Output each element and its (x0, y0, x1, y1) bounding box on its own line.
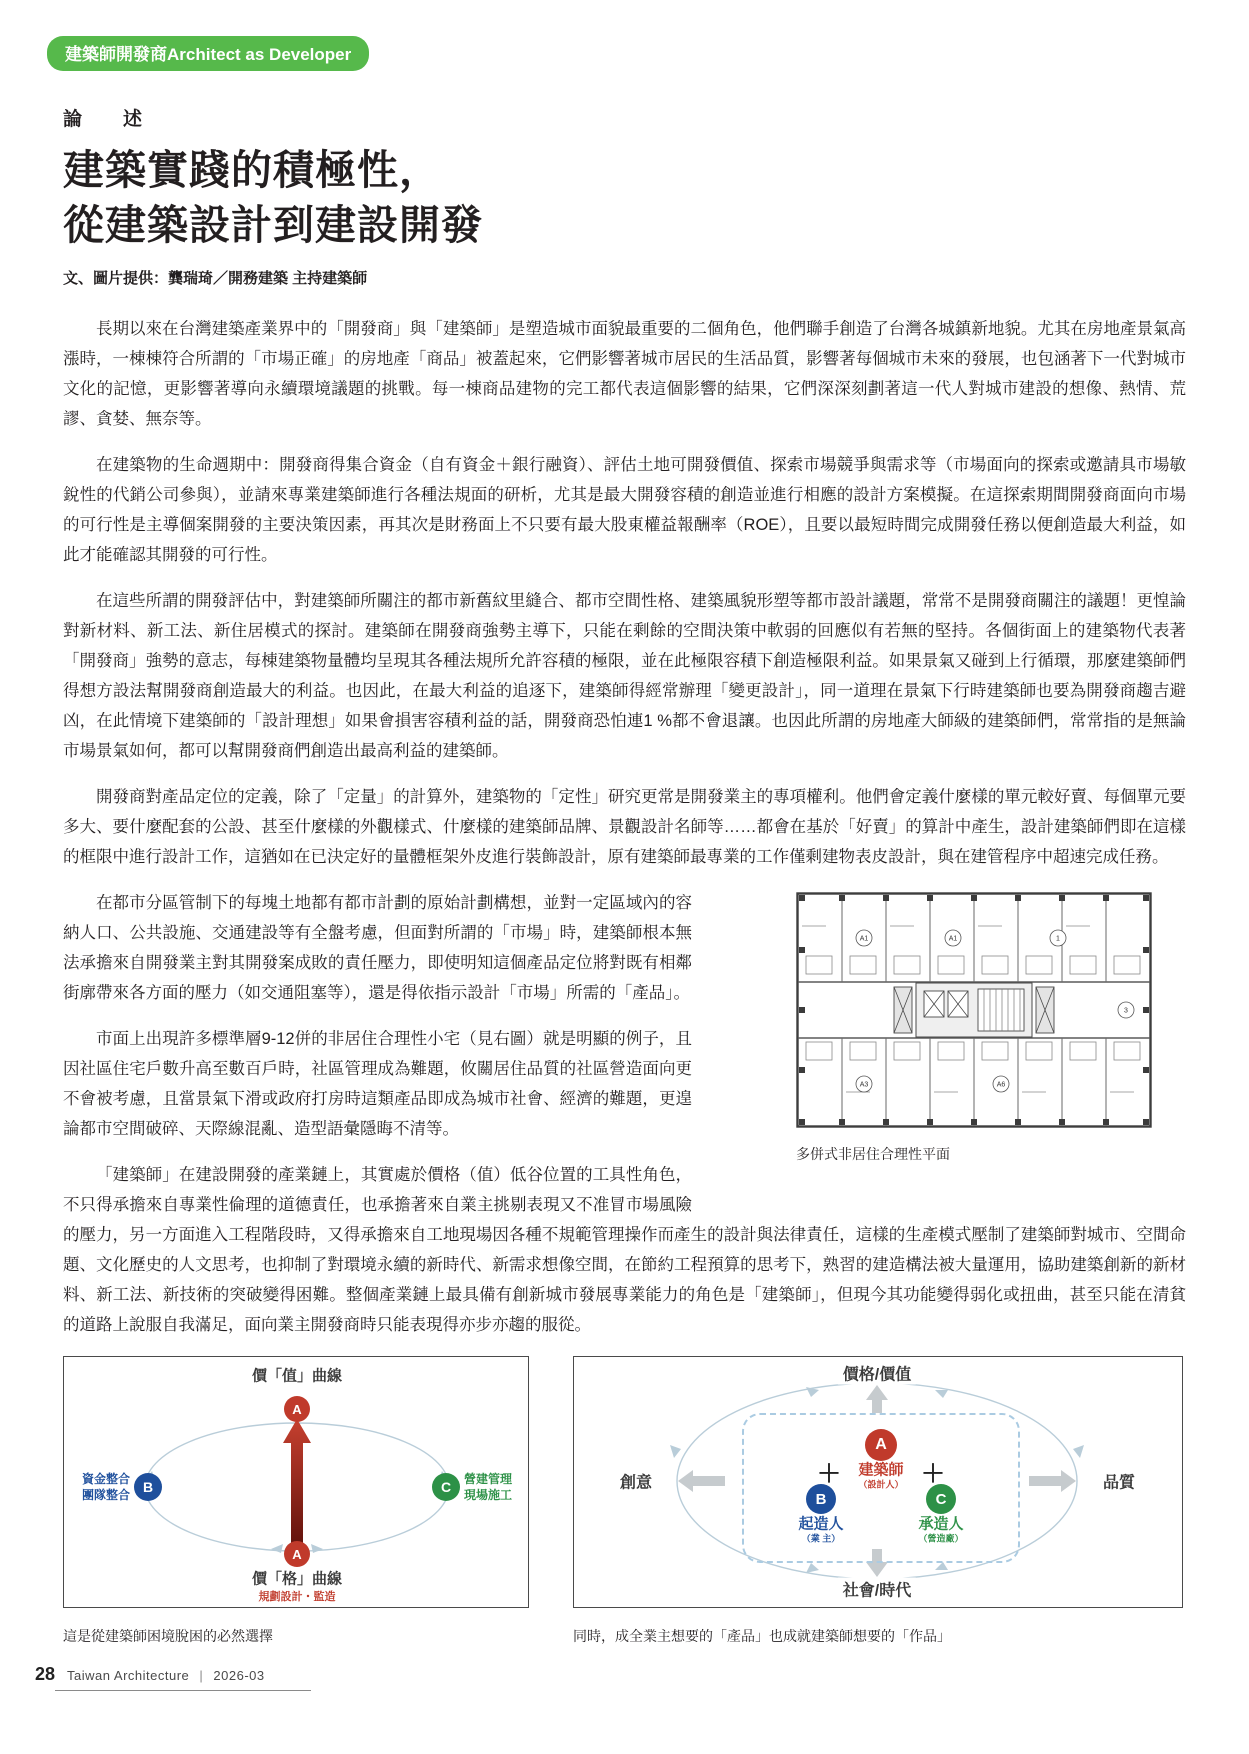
owner-node-name: 起造人 (798, 1513, 843, 1534)
abc-relationship-diagram: 價格/價值 社會/時代 創意 品質 A 建築師 （設計人） ＋ ＋ B 起造人 … (573, 1356, 1183, 1608)
category-badge: 建築師開發商Architect as Developer (47, 36, 369, 71)
node-a-top-circle: A (284, 1396, 310, 1422)
architect-node-name: 建築師 (858, 1459, 903, 1480)
price-value-axis-label: 價格/價值 (838, 1362, 916, 1385)
footer-meta: Taiwan Architecture | 2026-03 (67, 1668, 265, 1683)
architect-node-sub: （設計人） (858, 1478, 903, 1491)
node-b-label: 資金整合 團隊整合 (70, 1471, 130, 1503)
node-c-label: 營建管理 現場施工 (464, 1471, 512, 1503)
society-era-axis-label: 社會/時代 (838, 1578, 916, 1601)
issue-date: 2026-03 (213, 1668, 264, 1683)
plan-unit-label: A1 (949, 936, 958, 943)
quality-axis-label: 品質 (1098, 1470, 1140, 1493)
creativity-axis-label: 創意 (615, 1470, 657, 1493)
floor-plan-image: A1 A1 1 A3 A6 3 (796, 892, 1152, 1128)
title-line-2: 從建築設計到建設開發 (63, 198, 1186, 253)
price-curve-label: 價「格」曲線 (247, 1568, 347, 1589)
architect-node-circle: A (865, 1429, 897, 1461)
node-c-circle: C (432, 1473, 460, 1501)
magazine-name: Taiwan Architecture (67, 1668, 189, 1683)
page-number: 28 (35, 1664, 55, 1685)
contractor-node-sub: （營造廠） (918, 1532, 963, 1545)
floor-plan-caption: 多併式非居住合理性平面 (796, 1144, 1186, 1164)
footer-separator: | (199, 1668, 203, 1683)
section-label: 論 述 (63, 104, 1186, 131)
owner-node-sub: （業 主） (802, 1532, 841, 1545)
plan-unit-label: 3 (1124, 1008, 1128, 1015)
paragraph-2: 在建築物的生命週期中：開發商得集合資金（自有資金＋銀行融資）、評估土地可開發價值… (63, 450, 1186, 570)
paragraph-3: 在這些所謂的開發評估中，對建築師所關注的都市新舊紋里縫合、都市空間性格、建築風貌… (63, 586, 1186, 766)
byline: 文、圖片提供：龔瑞琦／開務建築 主持建築師 (63, 267, 1186, 288)
paragraph-1: 長期以來在台灣建築產業界中的「開發商」與「建築師」是塑造城市面貌最重要的二個角色… (63, 314, 1186, 434)
article-title: 建築實踐的積極性， 從建築設計到建設開發 (63, 143, 1186, 253)
right-diagram-caption: 同時，成全業主想要的「產品」也成就建築師想要的「作品」 (573, 1626, 1183, 1646)
contractor-node-name: 承造人 (918, 1513, 963, 1534)
paragraph-4: 開發商對產品定位的定義，除了「定量」的計算外，建築物的「定性」研究更常是開發業主… (63, 782, 1186, 872)
node-b-circle: B (134, 1473, 162, 1501)
floor-plan-figure: A1 A1 1 A3 A6 3 多併式非居住合理性平面 (692, 892, 1186, 1198)
page-footer: 28 Taiwan Architecture | 2026-03 (35, 1664, 1186, 1685)
plan-unit-label: A1 (860, 936, 869, 943)
plan-unit-label: A6 (997, 1082, 1006, 1089)
node-a-bottom-circle: A (284, 1541, 310, 1567)
footer-rule (55, 1690, 311, 1691)
title-line-1: 建築實踐的積極性， (63, 143, 1186, 198)
owner-node-circle: B (806, 1484, 836, 1514)
magazine-page: 建築師開發商Architect as Developer 論 述 建築實踐的積極… (0, 0, 1249, 1715)
plan-unit-label: A3 (860, 1082, 869, 1089)
plan-unit-label: 1 (1056, 936, 1060, 943)
price-curve-sub-label: 規劃設計・監造 (259, 1588, 336, 1604)
article-body: 長期以來在台灣建築產業界中的「開發商」與「建築師」是塑造城市面貌最重要的二個角色… (63, 314, 1186, 1340)
value-curve-label: 價「值」曲線 (247, 1365, 347, 1386)
left-diagram-caption: 這是從建築師困境脫困的必然選擇 (63, 1626, 529, 1646)
value-price-diagram: 價「值」曲線 A 資金整合 團隊整合 B C 營建管理 現場施工 A 價「格」曲… (63, 1356, 529, 1608)
left-diagram-column: 價「值」曲線 A 資金整合 團隊整合 B C 營建管理 現場施工 A 價「格」曲… (63, 1356, 529, 1646)
right-diagram-column: 價格/價值 社會/時代 創意 品質 A 建築師 （設計人） ＋ ＋ B 起造人 … (573, 1356, 1183, 1646)
contractor-node-circle: C (926, 1484, 956, 1514)
bottom-diagrams: 價「值」曲線 A 資金整合 團隊整合 B C 營建管理 現場施工 A 價「格」曲… (63, 1356, 1186, 1646)
